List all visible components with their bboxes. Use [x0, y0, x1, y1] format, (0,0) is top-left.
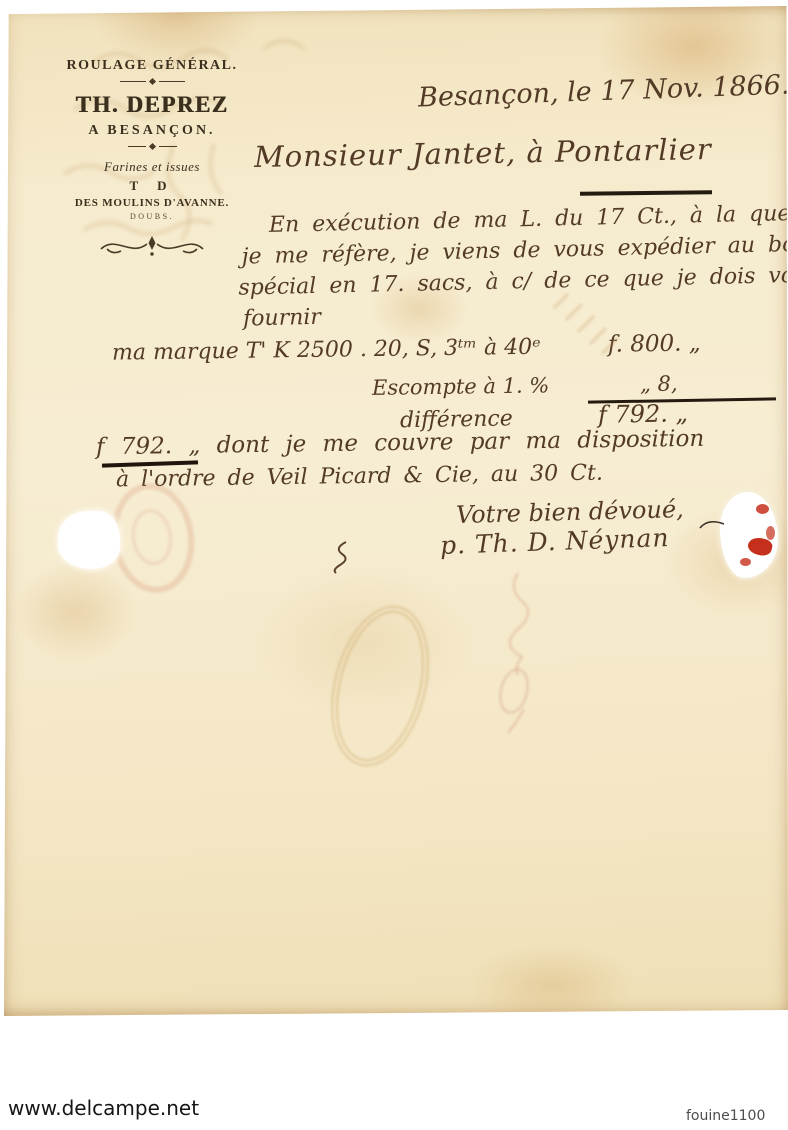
account-amount: f 792. „: [598, 399, 688, 429]
account-label: Escompte à 1. %: [372, 373, 550, 399]
account-row-goods: ma marque T' K 2500 . 20, S, 3ᵗᵐ à 40ᵉ f…: [112, 331, 776, 365]
letterhead: ROULAGE GÉNÉRAL. TH. DEPREZ A BESANÇON. …: [60, 58, 244, 266]
paraph-mark: [326, 540, 356, 574]
wax-remnant: [756, 504, 769, 514]
pen-scratch: [698, 514, 726, 534]
salutation: Monsieur Jantet, à Pontarlier: [254, 132, 712, 174]
oval-stamp-bleedthrough-icon: [316, 595, 445, 776]
letterhead-department: DOUBS.: [60, 212, 244, 221]
letterhead-monogram: T D: [60, 178, 244, 194]
flourish-ornament-icon: [97, 231, 207, 261]
letter-body: En exécution de ma L. du 17 Ct., à la qu…: [241, 197, 788, 334]
account-row-discount: Escompte à 1. % „ 8,: [372, 370, 776, 400]
letter-paper: ROULAGE GÉNÉRAL. TH. DEPREZ A BESANÇON. …: [4, 6, 788, 1016]
letterhead-mills: DES MOULINS D'AVANNE.: [60, 197, 244, 209]
wax-remnant: [740, 558, 751, 566]
dateline: Besançon, le 17 Nov. 1866.: [418, 70, 788, 114]
account-label: ma marque T' K 2500 . 20, S, 3ᵗᵐ à 40ᵉ: [112, 335, 541, 366]
watermark-seller: fouine1100: [686, 1108, 765, 1124]
letterhead-service-line: ROULAGE GÉNÉRAL.: [60, 58, 244, 74]
wax-remnant: [766, 526, 775, 540]
ornament-divider-icon: [60, 79, 244, 84]
salutation-underline: [580, 190, 712, 195]
cover-line-1: f 792. „ dont je me couvre par ma dispos…: [96, 426, 705, 460]
paper-hole: [58, 511, 120, 569]
scan-background: ROULAGE GÉNÉRAL. TH. DEPREZ A BESANÇON. …: [0, 0, 788, 1130]
ornament-divider-icon: [60, 144, 244, 149]
letterhead-products: Farines et issues: [60, 159, 244, 175]
cover-line-2: à l'ordre de Veil Picard & Cie, au 30 Ct…: [116, 461, 603, 493]
letterhead-city: A BESANÇON.: [60, 123, 244, 139]
letterhead-owner-name: TH. DEPREZ: [60, 92, 244, 118]
account-amount: f. 800. „: [608, 330, 701, 357]
bleedthrough-writing-center: [490, 571, 550, 736]
signature: p. Th. D. Néynan: [440, 523, 670, 560]
watermark-site: www.delcampe.net: [8, 1096, 199, 1120]
account-amount: „ 8,: [640, 372, 678, 397]
